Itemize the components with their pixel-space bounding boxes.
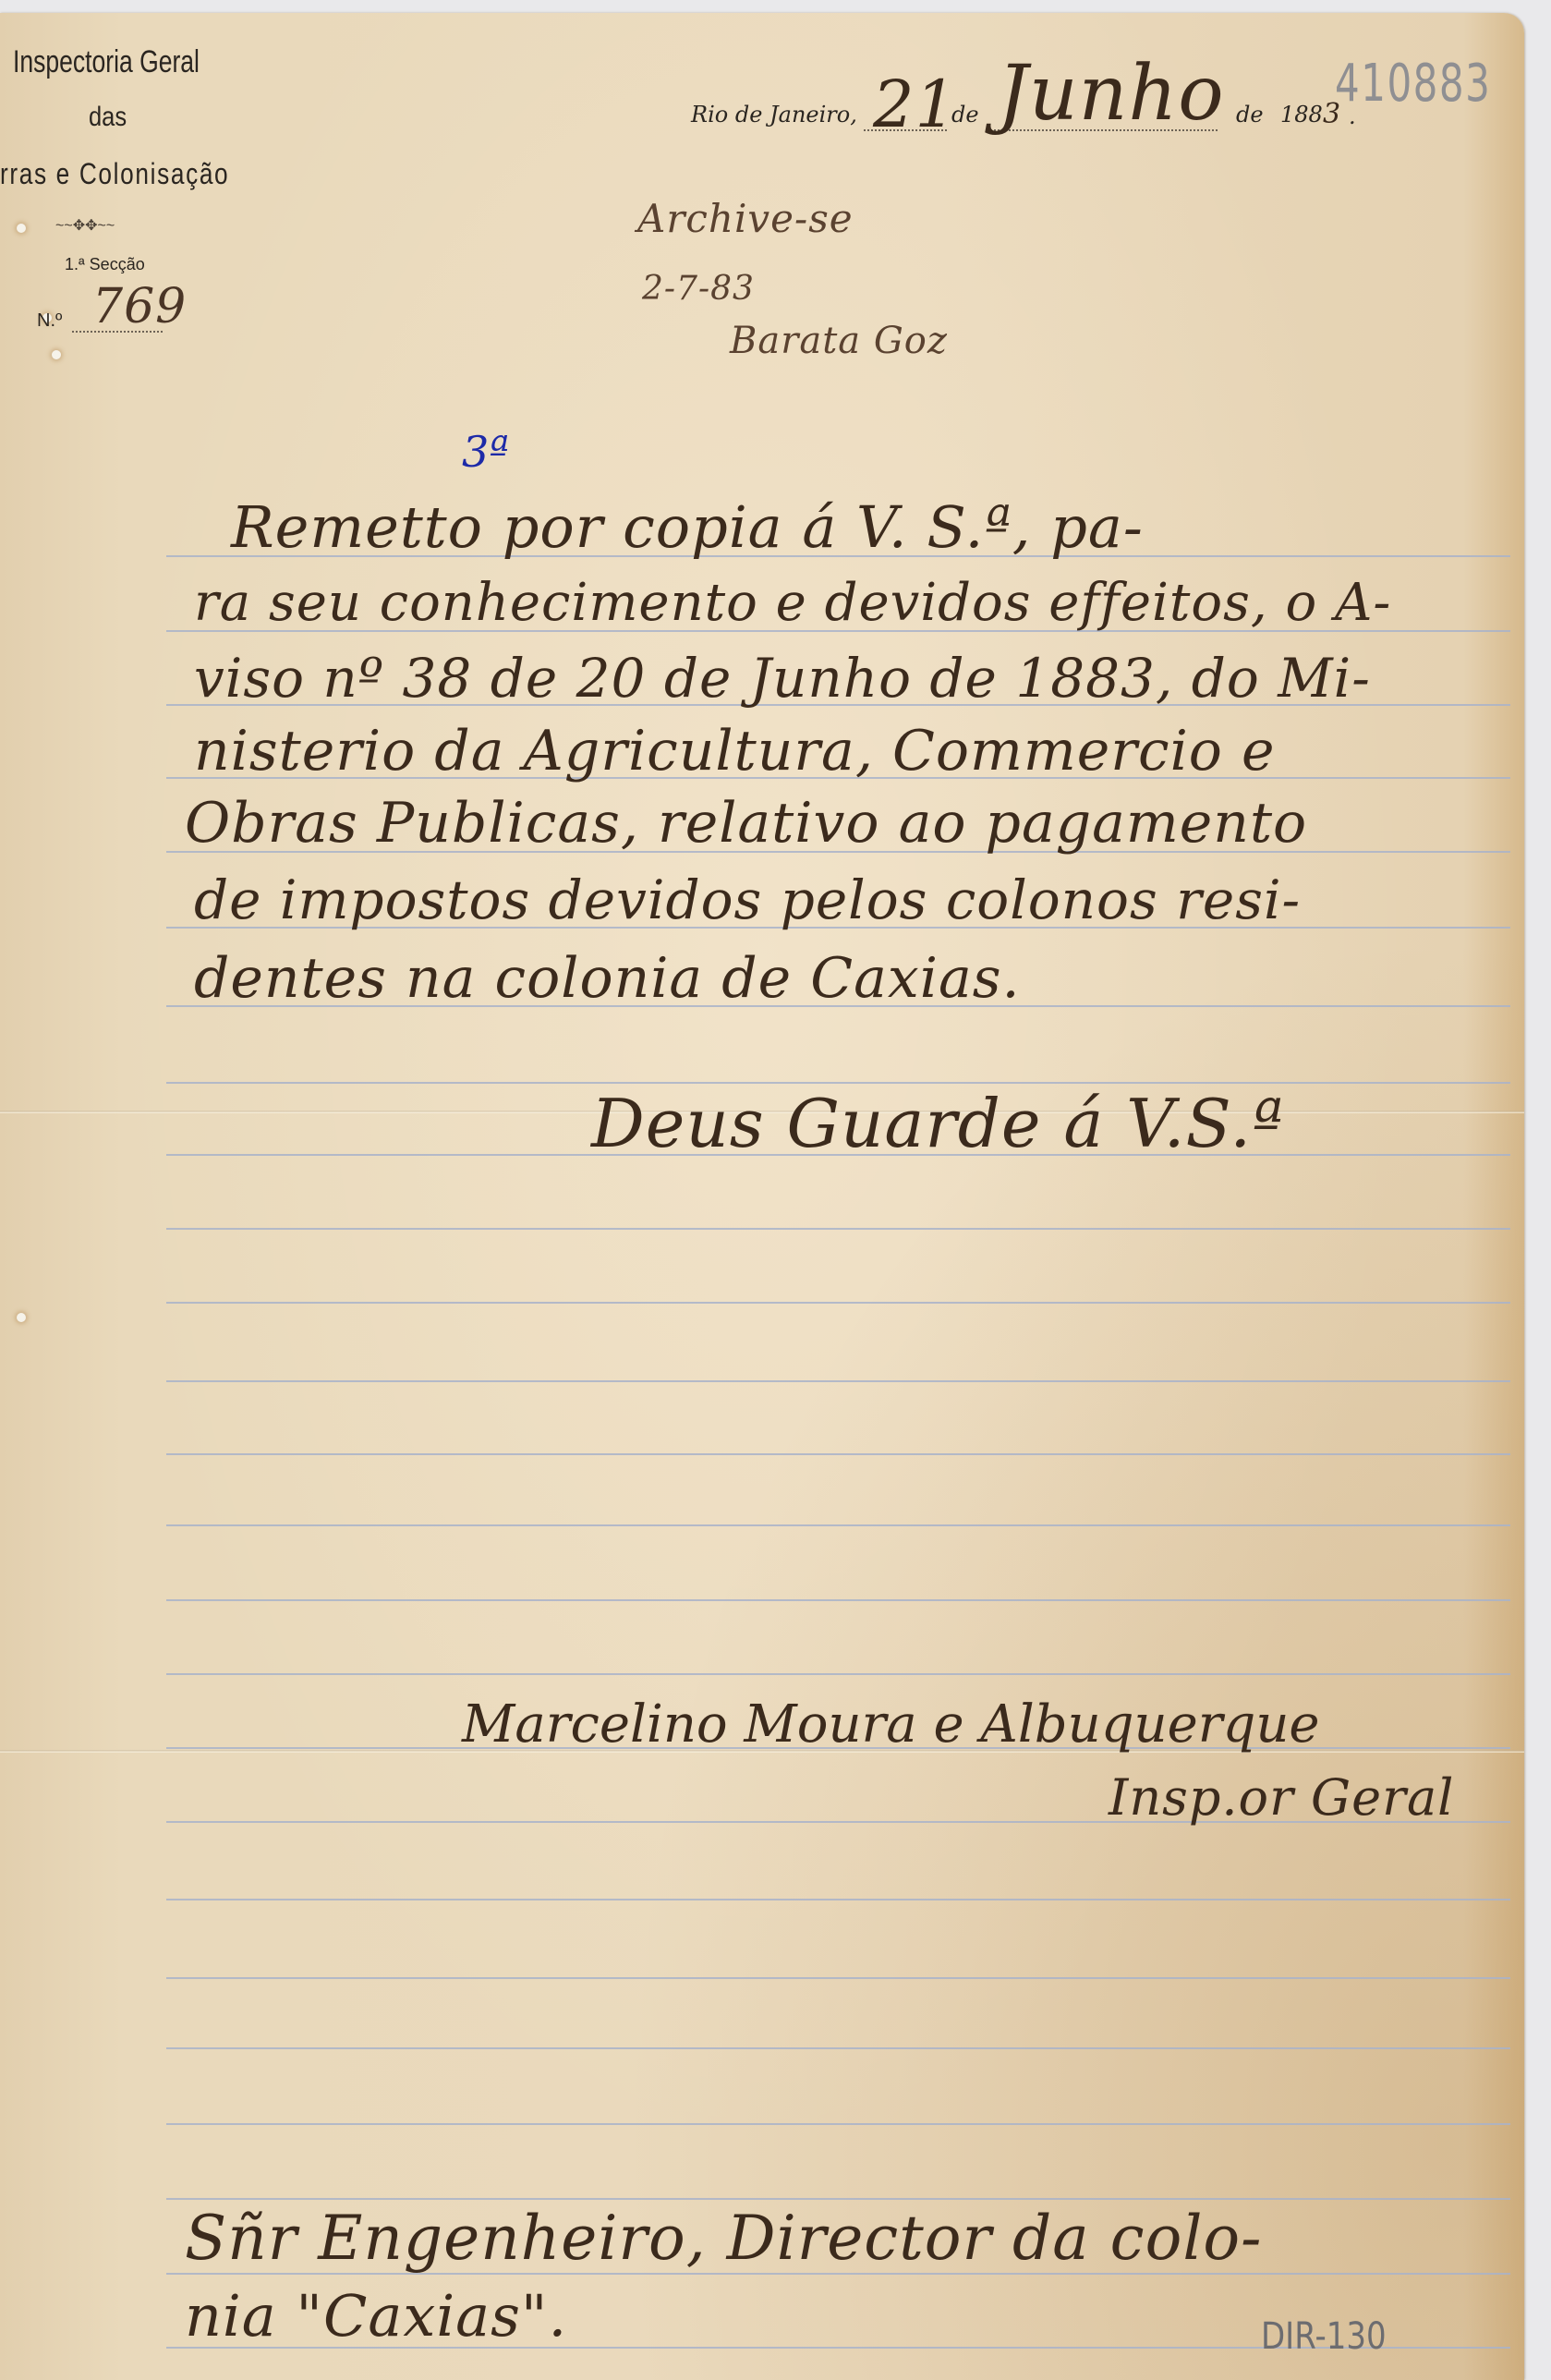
addressee-line2: nia "Caxias". [185,2282,567,2350]
catalog-mark: DIR-130 [1261,2315,1387,2358]
dispatch-signature: Barata Goz [730,320,948,362]
body-line: Obras Publicas, relativo ao pagamento [185,791,1307,856]
archive-number: 410883 [1335,54,1491,114]
document-page: Inspectoria Geral das rras e Colonisação… [0,13,1524,2380]
signature-name: Marcelino Moura e Albuquerque [462,1694,1320,1755]
letterhead-line1: Inspectoria Geral [13,44,200,80]
binding-hole [17,1313,26,1322]
dispatch-instruction: Archive-se [637,196,854,241]
binding-hole [52,350,61,359]
signature-title: Insp.or Geral [1109,1768,1454,1827]
closing-salutation: Deus Guarde á V.S.ª [591,1085,1284,1162]
dateline-day: 21 [873,67,957,142]
dateline-year-prefix: 188 [1280,102,1323,127]
section-label: 1.ª Secção [65,255,145,274]
body-line: nisterio da Agricultura, Commercio e [194,719,1275,783]
body-line: Remetto por copia á V. S.ª, pa- [231,493,1144,561]
dateline-de1: de [951,102,979,127]
letterhead-line3: rras e Colonisação [0,157,229,191]
blue-annotation: 3ª [462,427,509,477]
dateline-de2: de [1236,102,1264,127]
body-line: viso nº 38 de 20 de Junho de 1883, do Mi… [194,647,1371,710]
dateline-place: Rio de Janeiro, [691,102,857,127]
body-line: dentes na colonia de Caxias. [194,946,1021,1011]
binding-hole [17,224,26,233]
body-line: ra seu conhecimento e devidos effeitos, … [194,573,1391,633]
document-number: 769 [92,279,187,334]
dateline-month: Junho [998,50,1225,138]
number-label: N.º [37,310,62,332]
addressee-line1: Sñr Engenheiro, Director da colo- [185,2203,1262,2274]
ornament-icon: ~~✥✥~~ [55,216,115,235]
dispatch-date: 2-7-83 [642,270,755,308]
body-line: de impostos devidos pelos colonos resi- [194,868,1301,931]
letterhead-line2: das [89,102,127,133]
